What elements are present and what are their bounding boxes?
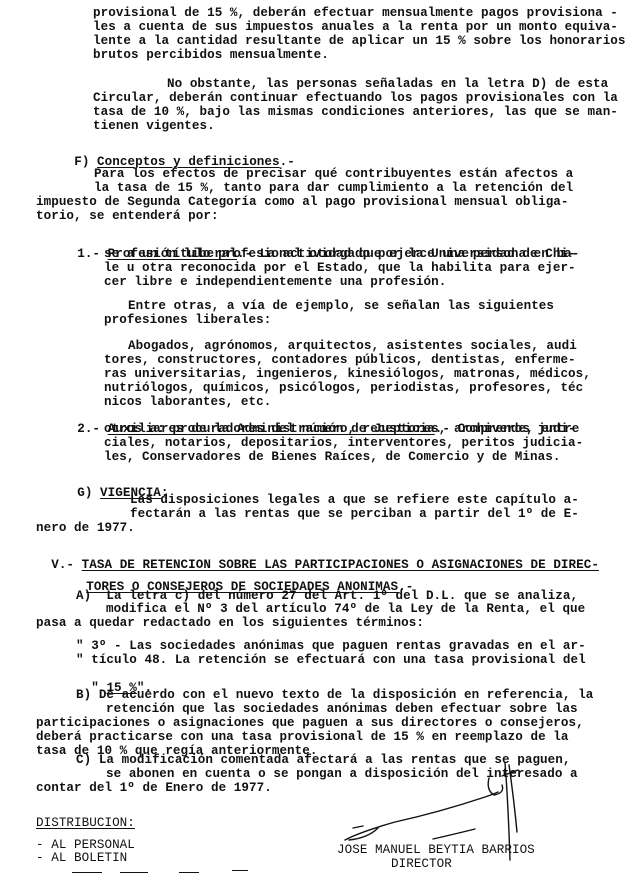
handwritten-signature [0,0,630,881]
bottom-rule-2 [120,872,148,873]
bottom-rule-3 [179,872,199,873]
bottom-rule-1 [72,872,102,873]
bottom-rule-4 [232,870,248,871]
